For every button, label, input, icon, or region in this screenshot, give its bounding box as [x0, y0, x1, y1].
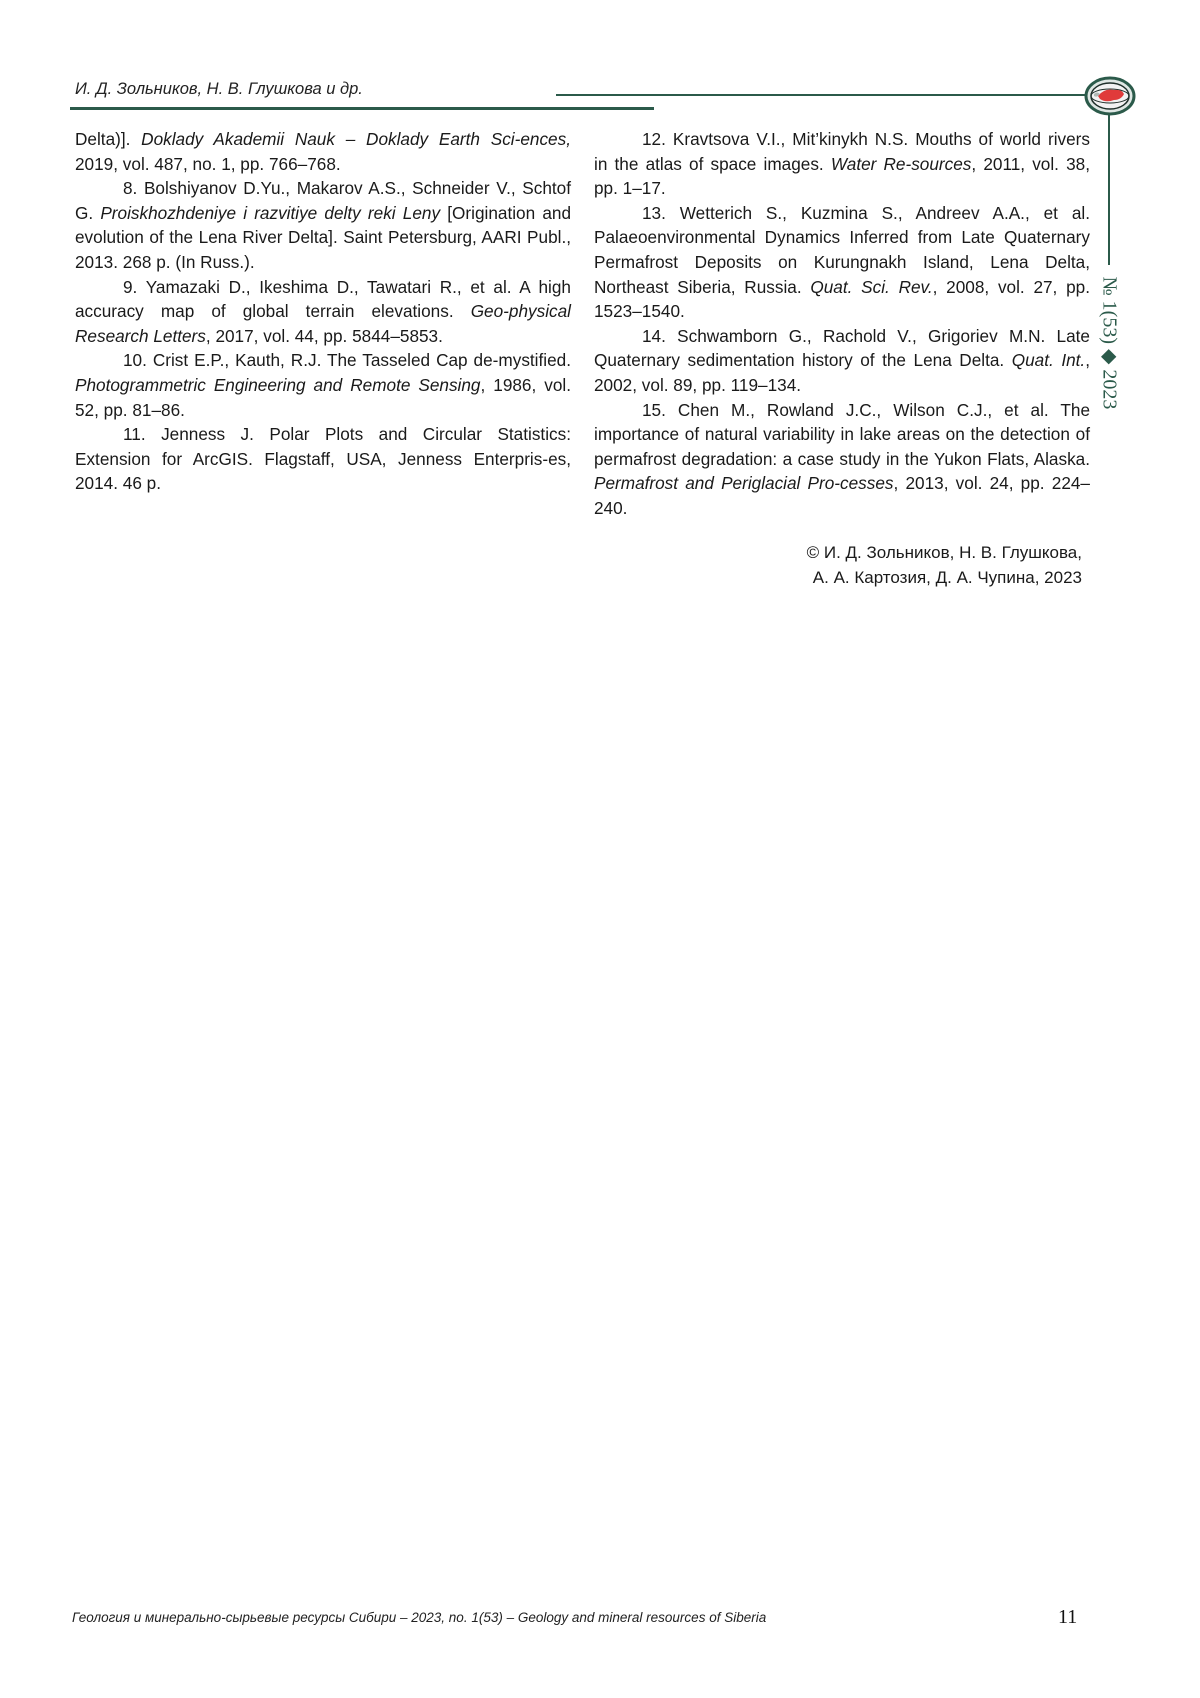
references-column-right: 12. Kravtsova V.I., Mit’kinykh N.S. Mout…	[594, 127, 1090, 521]
reference-entry: 12. Kravtsova V.I., Mit’kinykh N.S. Mout…	[594, 127, 1090, 201]
reference-text: 15. Chen M., Rowland J.C., Wilson C.J., …	[594, 400, 1090, 469]
reference-entry: 10. Crist E.P., Kauth, R.J. The Tasseled…	[75, 348, 571, 422]
reference-text: 11. Jenness J. Polar Plots and Circular …	[75, 424, 571, 493]
reference-text: Delta)].	[75, 129, 141, 149]
page-number: 11	[1058, 1606, 1077, 1629]
header-rule-lower	[70, 107, 654, 110]
reference-source-title: Quat. Sci. Rev.	[810, 277, 932, 297]
reference-text: , 2017, vol. 44, pp. 5844–5853.	[206, 326, 443, 346]
header-rule-upper	[556, 94, 1088, 96]
reference-entry: 9. Yamazaki D., Ikeshima D., Tawatari R.…	[75, 275, 571, 349]
reference-source-title: Quat. Int.	[1012, 350, 1085, 370]
reference-source-title: Permafrost and Periglacial Pro-cesses	[594, 473, 894, 493]
reference-source-title: Photogrammetric Engineering and Remote S…	[75, 375, 481, 395]
copyright-notice: © И. Д. Зольников, Н. В. Глушкова, А. А.…	[807, 540, 1082, 590]
reference-entry: 15. Chen M., Rowland J.C., Wilson C.J., …	[594, 398, 1090, 521]
reference-entry: 11. Jenness J. Polar Plots and Circular …	[75, 422, 571, 496]
reference-entry: Delta)]. Doklady Akademii Nauk – Doklady…	[75, 127, 571, 176]
reference-source-title: Doklady Akademii Nauk – Doklady Earth Sc…	[141, 129, 571, 149]
issue-number-year: № 1(53) ◆ 2023	[1098, 277, 1123, 410]
reference-entry: 8. Bolshiyanov D.Yu., Makarov A.S., Schn…	[75, 176, 571, 274]
reference-source-title: Proiskhozhdeniye i razvitiye delty reki …	[100, 203, 440, 223]
running-head: И. Д. Зольников, Н. В. Глушкова и др.	[75, 80, 363, 99]
copyright-line-1: © И. Д. Зольников, Н. В. Глушкова,	[807, 540, 1082, 565]
reference-source-title: Water Re-sources	[831, 154, 972, 174]
reference-entry: 13. Wetterich S., Kuzmina S., Andreev A.…	[594, 201, 1090, 324]
issue-side-label: № 1(53) ◆ 2023	[1095, 268, 1125, 418]
globe-russia-emblem-icon	[1084, 76, 1136, 116]
copyright-line-2: А. А. Картозия, Д. А. Чупина, 2023	[807, 565, 1082, 590]
reference-text: 10. Crist E.P., Kauth, R.J. The Tasseled…	[123, 350, 571, 370]
reference-entry: 14. Schwamborn G., Rachold V., Grigoriev…	[594, 324, 1090, 398]
reference-text: 2019, vol. 487, no. 1, pp. 766–768.	[75, 154, 341, 174]
references-column-left: Delta)]. Doklady Akademii Nauk – Doklady…	[75, 127, 571, 496]
side-vertical-rule	[1108, 115, 1110, 265]
footer-journal-title: Геология и минерально-сырьевые ресурсы С…	[72, 1610, 766, 1625]
